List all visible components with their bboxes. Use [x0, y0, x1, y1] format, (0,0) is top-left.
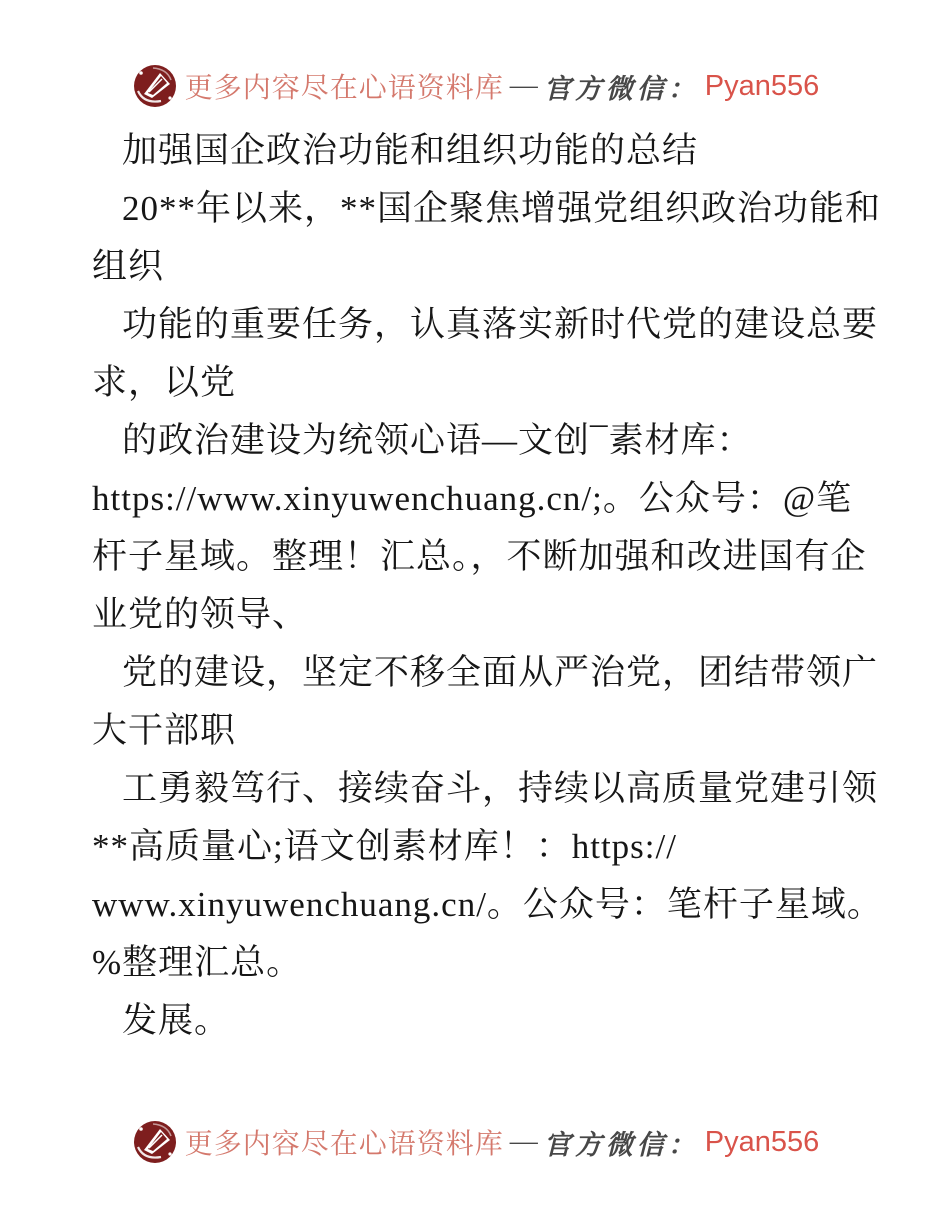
paragraph-line: 工勇毅笃行、接续奋斗，持续以高质量党建引领 — [92, 760, 882, 818]
header-brand-text: 更多内容尽在心语资料库 — [185, 66, 504, 106]
footer-wechat-label: 官方微信： — [544, 1123, 699, 1162]
paragraph-line: https://www.xinyuwenchuang.cn/;。公众号：@笔 — [92, 470, 882, 528]
paragraph-line: 杆子星域。整理！汇总。，不断加强和改进国有企 — [92, 528, 882, 586]
header-wechat-id: Pyan556 — [705, 70, 820, 103]
header-separator: — — [510, 70, 538, 102]
footer-separator: — — [510, 1126, 538, 1158]
paragraph-line: **高质量心;语文创素材库！：https:// — [92, 818, 882, 876]
pen-nib-logo-icon — [131, 1118, 179, 1166]
document-title-line: 加强国企政治功能和组织功能的总结 — [92, 122, 882, 180]
header-wechat-label: 官方微信： — [544, 67, 699, 106]
document-page: 更多内容尽在心语资料库 — 官方微信： Pyan556 加强国企政治功能和组织功… — [0, 0, 950, 1230]
paragraph-line: 党的建设，坚定不移全面从严治党，团结带领广 — [92, 644, 882, 702]
paragraph-line: 的政治建设为统领心语—文创¯素材库： — [92, 412, 882, 470]
header-watermark: 更多内容尽在心语资料库 — 官方微信： Pyan556 — [0, 62, 950, 110]
pen-nib-logo-icon — [131, 62, 179, 110]
paragraph-line: %整理汇总。 — [92, 934, 882, 992]
footer-brand-text: 更多内容尽在心语资料库 — [185, 1122, 504, 1162]
footer-wechat-id: Pyan556 — [705, 1126, 820, 1159]
paragraph-line: 业党的领导、 — [92, 586, 882, 644]
paragraph-line: 大干部职 — [92, 702, 882, 760]
paragraph-line: www.xinyuwenchuang.cn/。公众号：笔杆子星域。 — [92, 876, 882, 934]
paragraph-line: 20**年以来，**国企聚焦增强党组织政治功能和 — [92, 180, 882, 238]
paragraph-line: 功能的重要任务，认真落实新时代党的建设总要 — [92, 296, 882, 354]
paragraph-line: 求，以党 — [92, 354, 882, 412]
paragraph-line: 发展。 — [92, 992, 882, 1050]
paragraph-line: 组织 — [92, 238, 882, 296]
document-text-block: 加强国企政治功能和组织功能的总结 20**年以来，**国企聚焦增强党组织政治功能… — [92, 122, 882, 1050]
footer-watermark: 更多内容尽在心语资料库 — 官方微信： Pyan556 — [0, 1118, 950, 1166]
